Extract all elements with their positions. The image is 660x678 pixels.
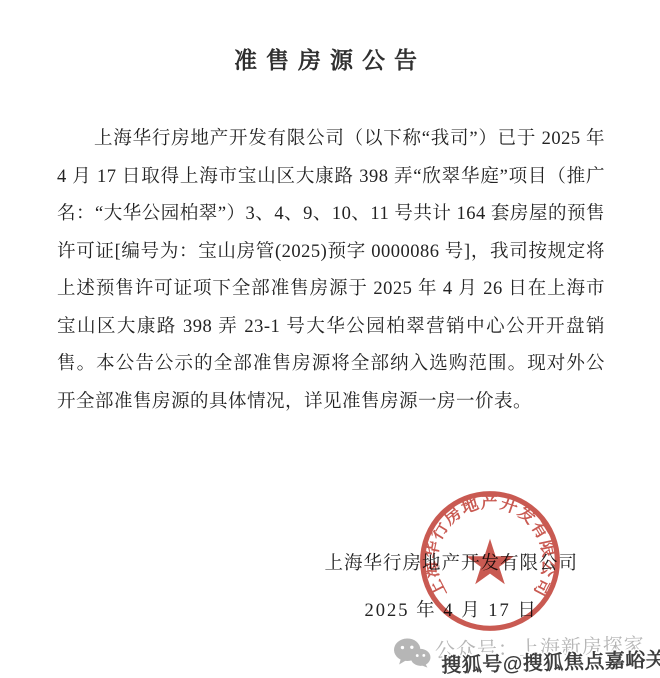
announcement-page: 准售房源公告 上海华行房地产开发有限公司（以下称“我司”）已于 2025 年 4… — [0, 0, 660, 678]
watermark-row: 公众号：上海新房探家 搜狐号@搜狐焦点嘉峪关站 — [392, 625, 653, 678]
signature-date: 2025 年 4 月 17 日 — [324, 596, 578, 622]
signature-company-name: 上海华行房地产开发有限公司 — [324, 549, 578, 575]
wechat-icon — [393, 636, 432, 669]
page-title: 准售房源公告 — [0, 42, 660, 75]
sohu-account-watermark: 搜狐号@搜狐焦点嘉峪关站 — [441, 643, 660, 678]
announcement-body-paragraph: 上海华行房地产开发有限公司（以下称“我司”）已于 2025 年 4 月 17 日… — [57, 121, 605, 421]
signature-block: 上海华行房地产开发有限公司 2025 年 4 月 17 日 — [324, 549, 578, 622]
